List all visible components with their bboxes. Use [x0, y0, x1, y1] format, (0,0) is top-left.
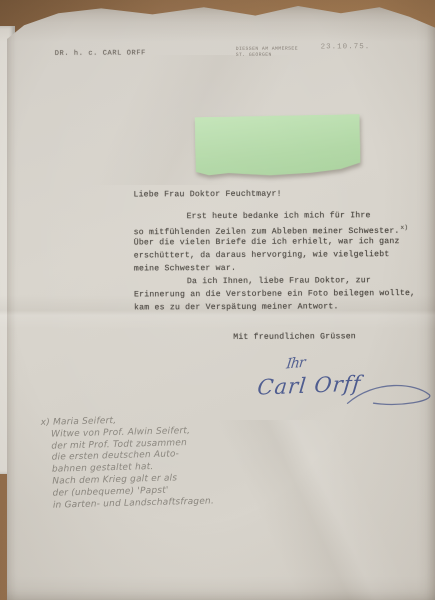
- green-sticky-note: [195, 114, 361, 179]
- letterhead-address-line2: ST. GEORGEN: [236, 53, 298, 59]
- letterhead-address: DIESSEN AM AMMERSEE ST. GEORGEN: [236, 47, 298, 59]
- body-line: kam es zu der Verspätung meiner Antwort.: [134, 302, 419, 316]
- letter-body: Erst heute bedanke ich mich für Ihre so …: [134, 211, 420, 316]
- body-line-text: so mitfühlenden Zeilen zum Ableben meine…: [134, 227, 400, 237]
- letter-greeting: Liebe Frau Doktor Feuchtmayr!: [133, 190, 281, 200]
- letter-photo: DR. h. c. CARL ORFF DIESSEN AM AMMERSEE …: [0, 0, 435, 600]
- letter-content: DR. h. c. CARL ORFF DIESSEN AM AMMERSEE …: [0, 0, 435, 600]
- letterhead-name: DR. h. c. CARL ORFF: [55, 49, 146, 57]
- sticky-note-wrapper: [195, 115, 360, 178]
- signature-salutation: Ihr: [285, 355, 305, 373]
- handwritten-footnote: x) Maria Seifert, Witwe von Prof. Alwin …: [41, 413, 215, 512]
- signature-flourish: [345, 381, 433, 413]
- footnote-marker: x): [401, 224, 409, 231]
- letter-date: 23.10.75.: [321, 43, 371, 51]
- letter-closing: Mit freundlichen Grüssen: [233, 332, 356, 342]
